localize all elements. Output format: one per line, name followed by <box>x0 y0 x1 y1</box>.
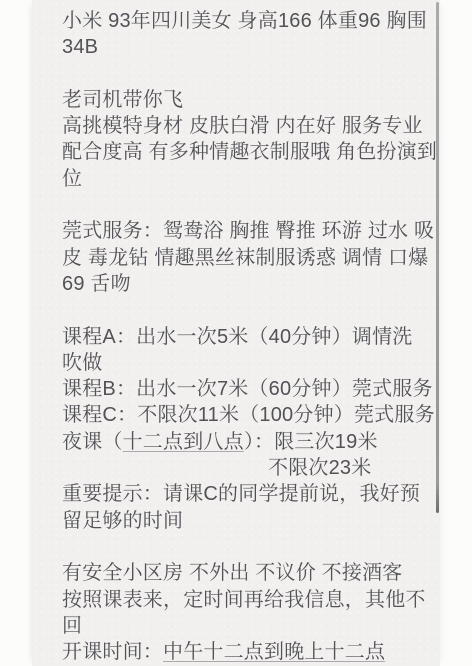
text-segment: 夜课（ <box>62 431 123 453</box>
text-line: 吹做 <box>62 350 434 376</box>
text-line: 回 <box>62 613 434 639</box>
text-line: 有安全小区房 不外出 不议价 不接酒客 <box>62 560 434 586</box>
text-line: 位 <box>62 166 434 192</box>
text-line: 皮 毒龙钻 情趣黑丝袜制服诱惑 调情 口爆 <box>62 245 434 271</box>
text-line: 69 舌吻 <box>62 271 434 297</box>
text-segment: 留足够的时间 <box>62 510 183 532</box>
text-line: 莞式服务：鸳鸯浴 胸推 臀推 环游 过水 吸 <box>62 218 434 244</box>
text-line: 不限次23米 <box>268 455 434 481</box>
text-line: 34B <box>62 34 434 60</box>
text-line: 课程C：不限次11米（100分钟）莞式服务 <box>62 402 434 428</box>
text-line: 开课时间：中午十二点到晚上十二点 <box>62 639 434 665</box>
text-segment: 课程A：出水一次5米（40分钟）调情洗 <box>62 326 413 348</box>
text-segment: 课程C：不限次11米（100分钟）莞式服务 <box>62 404 435 426</box>
text-line: 课程A：出水一次5米（40分钟）调情洗 <box>62 324 434 350</box>
text-segment: 莞式服务：鸳鸯浴 胸推 臀推 环游 过水 吸 <box>62 220 434 242</box>
text-segment: ）：限三次19米 <box>244 431 378 453</box>
text-segment: 按照课表来，定时间再给我信息，其他不 <box>62 589 426 611</box>
text-document-panel: 小米 93年四川美女 身高166 体重96 胸围34B 老司机带你飞高挑模特身材… <box>32 0 440 666</box>
text-segment: 不限次23米 <box>268 457 371 479</box>
text-segment: 吹做 <box>62 352 102 374</box>
text-segment: 重要提示：请课C的同学提前说，我好预 <box>62 483 420 505</box>
text-line: 夜课（十二点到八点）：限三次19米 <box>62 429 434 455</box>
text-segment: 课程B：出水一次7米（60分钟）莞式服务 <box>62 378 433 400</box>
text-line: 高挑模特身材 皮肤白滑 内在好 服务专业 <box>62 113 434 139</box>
text-line: 按照课表来，定时间再给我信息，其他不 <box>62 587 434 613</box>
text-line <box>62 192 434 218</box>
text-line <box>62 61 434 87</box>
text-line: 老司机带你飞 <box>62 87 434 113</box>
text-line: 重要提示：请课C的同学提前说，我好预 <box>62 481 434 507</box>
document-lines: 小米 93年四川美女 身高166 体重96 胸围34B 老司机带你飞高挑模特身材… <box>62 8 434 665</box>
text-line <box>62 297 434 323</box>
text-line: 留足够的时间 <box>62 508 434 534</box>
scrollbar-thumb[interactable] <box>436 2 439 513</box>
time-link[interactable]: 中午十二点到晚上十二点 <box>163 641 385 663</box>
text-segment: 34B <box>62 36 98 58</box>
text-segment: 69 舌吻 <box>62 273 131 295</box>
text-line <box>62 534 434 560</box>
text-line: 小米 93年四川美女 身高166 体重96 胸围 <box>62 8 434 34</box>
text-segment: 开课时间： <box>62 641 163 663</box>
time-link[interactable]: 十二点到八点 <box>123 431 244 453</box>
text-line: 课程B：出水一次7米（60分钟）莞式服务 <box>62 376 434 402</box>
text-segment: 配合度高 有多种情趣衣制服哦 角色扮演到 <box>62 141 437 163</box>
text-segment: 位 <box>62 168 82 190</box>
text-segment: 皮 毒龙钻 情趣黑丝袜制服诱惑 调情 口爆 <box>62 247 428 269</box>
text-segment: 回 <box>62 615 82 637</box>
text-segment: 小米 93年四川美女 身高166 体重96 胸围 <box>62 10 427 32</box>
text-segment: 老司机带你飞 <box>62 89 183 111</box>
text-segment: 有安全小区房 不外出 不议价 不接酒客 <box>62 562 402 584</box>
text-line: 配合度高 有多种情趣衣制服哦 角色扮演到 <box>62 139 434 165</box>
page: 小米 93年四川美女 身高166 体重96 胸围34B 老司机带你飞高挑模特身材… <box>0 0 472 666</box>
text-segment: 高挑模特身材 皮肤白滑 内在好 服务专业 <box>62 115 423 137</box>
